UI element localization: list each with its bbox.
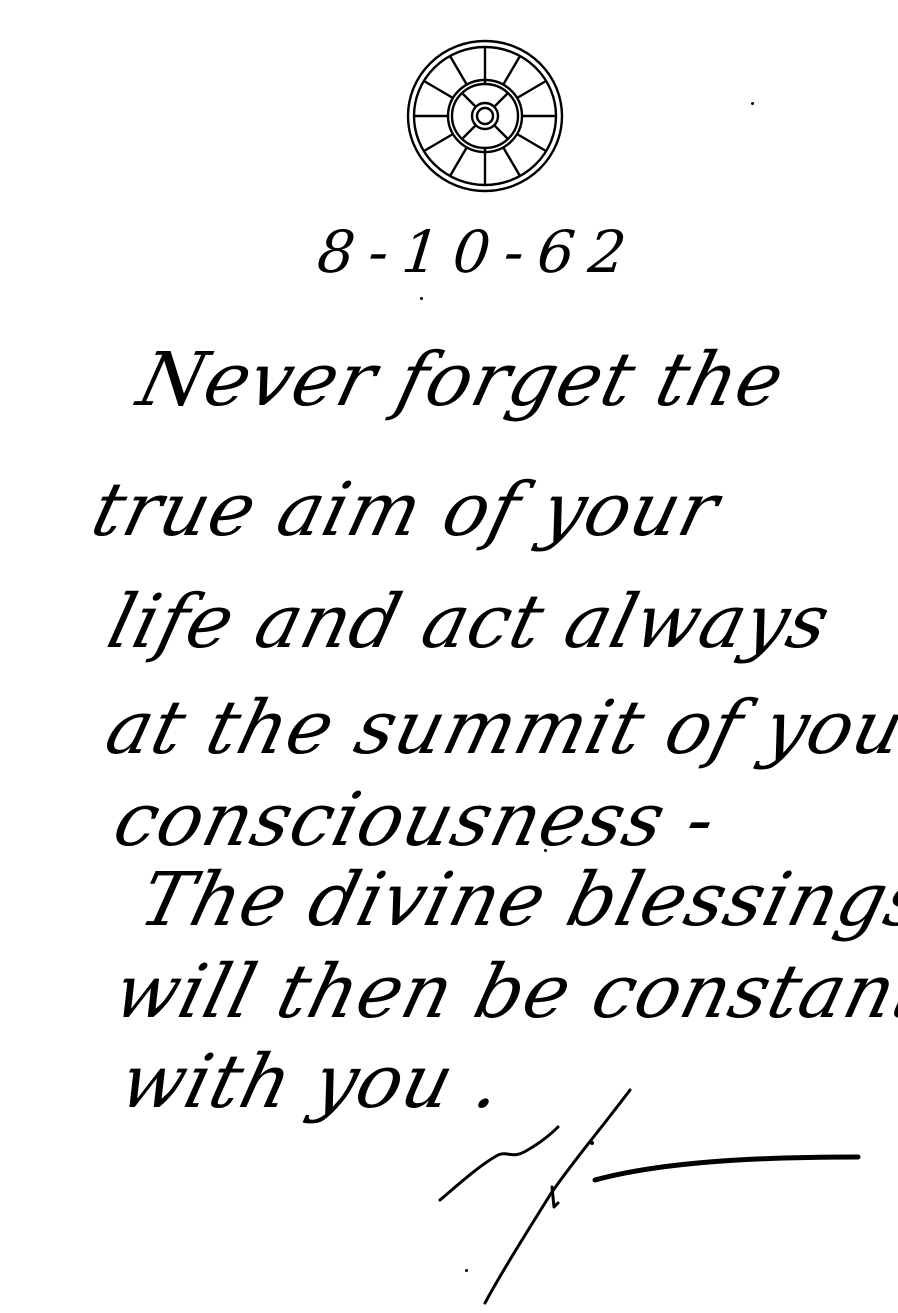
message-line-7: will then be constantly xyxy=(104,942,898,1042)
message-line-2: true aim of your xyxy=(82,460,729,560)
signature-icon xyxy=(430,1085,870,1305)
paper-speck xyxy=(465,1269,468,1272)
message-line-3: life and act always xyxy=(98,572,840,672)
paper-speck xyxy=(751,102,754,105)
message-line-1: Never forget the xyxy=(128,330,795,430)
paper-speck xyxy=(544,849,547,852)
message-line-6: The divine blessings xyxy=(130,850,898,950)
paper-speck xyxy=(420,297,423,300)
message-line-4: at the summit of your xyxy=(96,678,898,778)
note-date: 8-10-62 xyxy=(314,212,662,292)
mother-symbol-icon xyxy=(405,38,565,194)
